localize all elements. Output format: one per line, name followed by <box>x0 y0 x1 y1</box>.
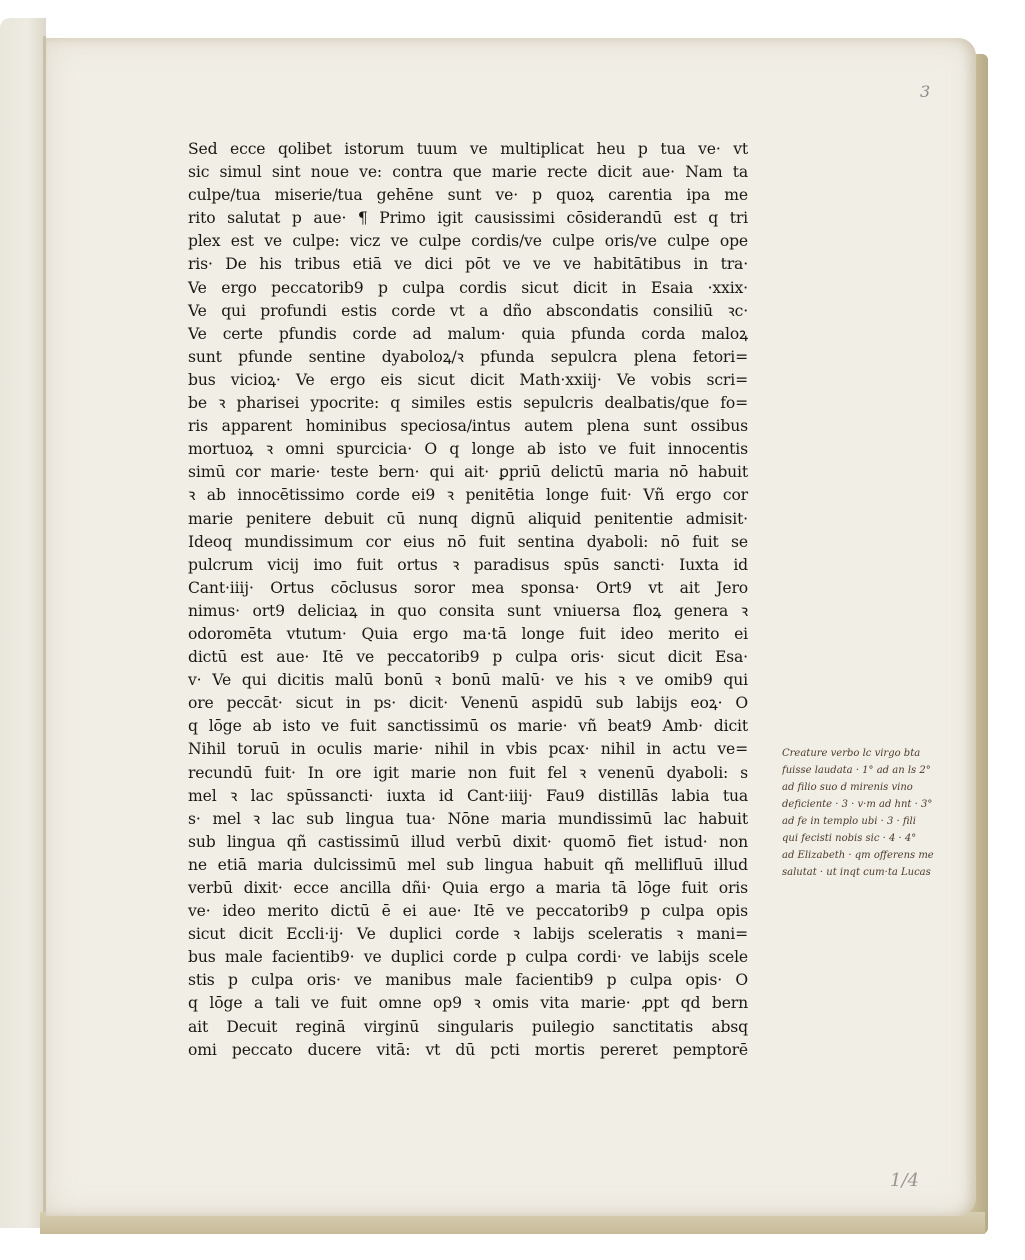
marginal-line: Creature verbo lc virgo bta <box>782 745 972 762</box>
marginal-line: deficiente · 3 · v·m ad hnt · 3° <box>782 796 972 813</box>
text-line: sicut dicit Eccli·ij· Ve duplici corde ꝛ… <box>188 923 748 946</box>
text-line: recundū fuit· In ore igit marie non fuit… <box>188 762 748 785</box>
text-line: verbū dixit· ecce ancilla dñi· Quia ergo… <box>188 877 748 900</box>
text-line: omi peccato ducere vitā: vt dū pcti mort… <box>188 1039 748 1062</box>
marginal-line: fuisse laudata · 1° ad an ls 2° <box>782 762 972 779</box>
text-line: ait Decuit reginā virginū singularis pui… <box>188 1016 748 1039</box>
text-line: sic simul sint noue ve: contra que marie… <box>188 161 748 184</box>
facing-left-page <box>0 18 46 1228</box>
text-line: Ve ergo peccatorib9 p culpa cordis sicut… <box>188 277 748 300</box>
text-line: ve· ideo merito dictū ē ei aue· Itē ve p… <box>188 900 748 923</box>
text-line: bus male facientib9· ve duplici corde p … <box>188 946 748 969</box>
text-line: ore peccāt· sicut in ps· dicit· Venenū a… <box>188 692 748 715</box>
text-line: Sed ecce qolibet istorum tuum ve multipl… <box>188 138 748 161</box>
text-line: ꝛ ab innocētissimo corde ei9 ꝛ penitētia… <box>188 484 748 507</box>
main-text-column: Sed ecce qolibet istorum tuum ve multipl… <box>188 138 748 1062</box>
folio-number: 3 <box>920 82 930 101</box>
pencil-shelf-note: 1/4 <box>890 1170 919 1191</box>
marginal-line: ad fe in templo ubi · 3 · fili <box>782 813 972 830</box>
text-line: nimus· ort9 deliciaꝝ in quo consita sunt… <box>188 600 748 623</box>
text-line: sunt pfunde sentine dyaboloꝝ/ꝛ pfunda se… <box>188 346 748 369</box>
text-line: simū cor marie· teste bern· qui ait· ꝑpr… <box>188 461 748 484</box>
marginal-line: salutat · ut inqt cum·ta Lucas <box>782 864 972 881</box>
text-line: marie penitere debuit cū nunq dignū aliq… <box>188 508 748 531</box>
text-line: ris apparent hominibus speciosa/intus au… <box>188 415 748 438</box>
text-line: odoromēta vtutum· Quia ergo ma·tā longe … <box>188 623 748 646</box>
text-line: Ideoq mundissimum cor eius nō fuit senti… <box>188 531 748 554</box>
marginal-line: ad filio suo d mirenis vino <box>782 779 972 796</box>
text-line: bus vicioꝝ· Ve ergo eis sicut dicit Math… <box>188 369 748 392</box>
text-line: Cant·iiij· Ortus cōclusus soror mea spon… <box>188 577 748 600</box>
text-line: ris· De his tribus etiā ve dici pōt ve v… <box>188 253 748 276</box>
text-line: Nihil toruū in oculis marie· nihil in vb… <box>188 738 748 761</box>
text-line: q lōge ab isto ve fuit sanctissimū os ma… <box>188 715 748 738</box>
text-line: v· Ve qui dicitis malū bonū ꝛ bonū malū·… <box>188 669 748 692</box>
text-line: pulcrum vicij imo fuit ortus ꝛ paradisus… <box>188 554 748 577</box>
text-line: mortuoꝝ ꝛ omni spurcicia· O q longe ab i… <box>188 438 748 461</box>
text-line: sub lingua qñ castissimū illud verbū dix… <box>188 831 748 854</box>
marginal-line: qui fecisti nobis sic · 4 · 4° <box>782 830 972 847</box>
text-line: dictū est aue· Itē ve peccatorib9 p culp… <box>188 646 748 669</box>
text-line: plex est ve culpe: vicz ve culpe cordis/… <box>188 230 748 253</box>
text-line: be ꝛ pharisei ypocrite: q similes estis … <box>188 392 748 415</box>
text-line: q lōge a tali ve fuit omne op9 ꝛ omis vi… <box>188 992 748 1015</box>
marginal-line: ad Elizabeth · qm offerens me <box>782 847 972 864</box>
text-line: mel ꝛ lac spūssancti· iuxta id Cant·iiij… <box>188 785 748 808</box>
text-line: rito salutat p aue· ¶ Primo igit causiss… <box>188 207 748 230</box>
text-line: Ve certe pfundis corde ad malum· quia pf… <box>188 323 748 346</box>
text-line: culpe/tua miserie/tua gehēne sunt ve· p … <box>188 184 748 207</box>
text-line: Ve qui profundi estis corde vt a dño abs… <box>188 300 748 323</box>
handwritten-marginal-note: Creature verbo lc virgo bta fuisse lauda… <box>782 745 972 881</box>
text-line: s· mel ꝛ lac sub lingua tua· Nōne maria … <box>188 808 748 831</box>
text-line: stis p culpa oris· ve manibus male facie… <box>188 969 748 992</box>
text-line: ne etiā maria dulcissimū mel sub lingua … <box>188 854 748 877</box>
